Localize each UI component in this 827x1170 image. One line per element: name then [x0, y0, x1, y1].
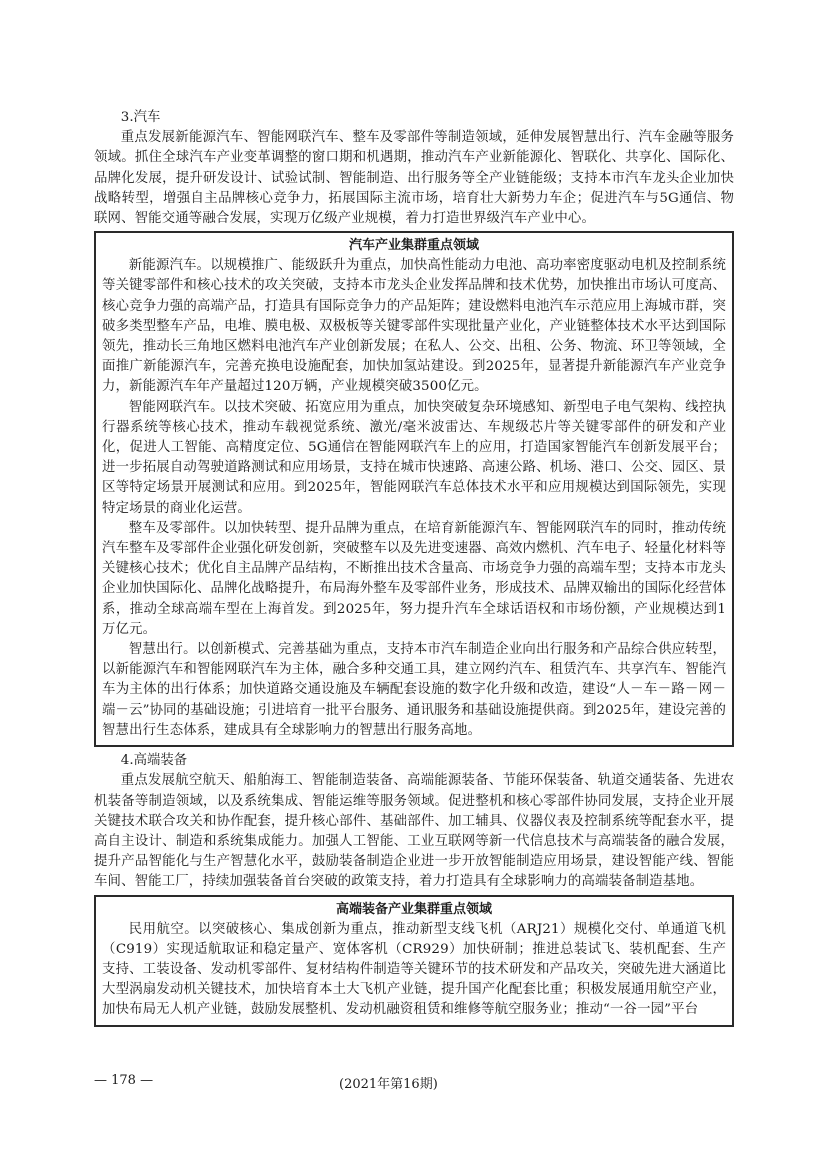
section-intro-automotive: 重点发展新能源汽车、智能网联汽车、整车及零部件等制造领域，延伸发展智慧出行、汽车…: [94, 128, 734, 229]
box-paragraph: 整车及零部件。以加快转型、提升品牌为重点，在培育新能源汽车、智能网联汽车的同时，…: [102, 519, 726, 640]
page-footer: — 178 — (2021年第16期): [94, 1073, 734, 1093]
equipment-focus-box: 高端装备产业集群重点领域 民用航空。以突破核心、集成创新为重点，推动新型支线飞机…: [94, 895, 734, 1027]
section-heading-automotive: 3.汽车: [94, 108, 734, 128]
section-intro-equipment: 重点发展航空航天、船舶海工、智能制造装备、高端能源装备、节能环保装备、轨道交通装…: [94, 771, 734, 892]
issue-label: (2021年第16期): [339, 1073, 438, 1092]
page-number: — 178 —: [94, 1073, 153, 1088]
box-paragraph: 民用航空。以突破核心、集成创新为重点，推动新型支线飞机（ARJ21）规模化交付、…: [102, 920, 726, 1021]
automotive-focus-box: 汽车产业集群重点领域 新能源汽车。以规模推广、能级跃升为重点，加快高性能动力电池…: [94, 231, 734, 747]
document-page: 3.汽车 重点发展新能源汽车、智能网联汽车、整车及零部件等制造领域，延伸发展智慧…: [94, 108, 734, 1031]
box-paragraph: 新能源汽车。以规模推广、能级跃升为重点，加快高性能动力电池、高功率密度驱动电机及…: [102, 256, 726, 397]
box-paragraph: 智能网联汽车。以技术突破、拓宽应用为重点，加快突破复杂环境感知、新型电子电气架构…: [102, 398, 726, 519]
box-title-equipment: 高端装备产业集群重点领域: [102, 899, 726, 920]
section-heading-equipment: 4.高端装备: [94, 751, 734, 771]
box-title-automotive: 汽车产业集群重点领域: [102, 235, 726, 256]
box-paragraph: 智慧出行。以创新模式、完善基础为重点，支持本市汽车制造企业向出行服务和产品综合供…: [102, 640, 726, 741]
